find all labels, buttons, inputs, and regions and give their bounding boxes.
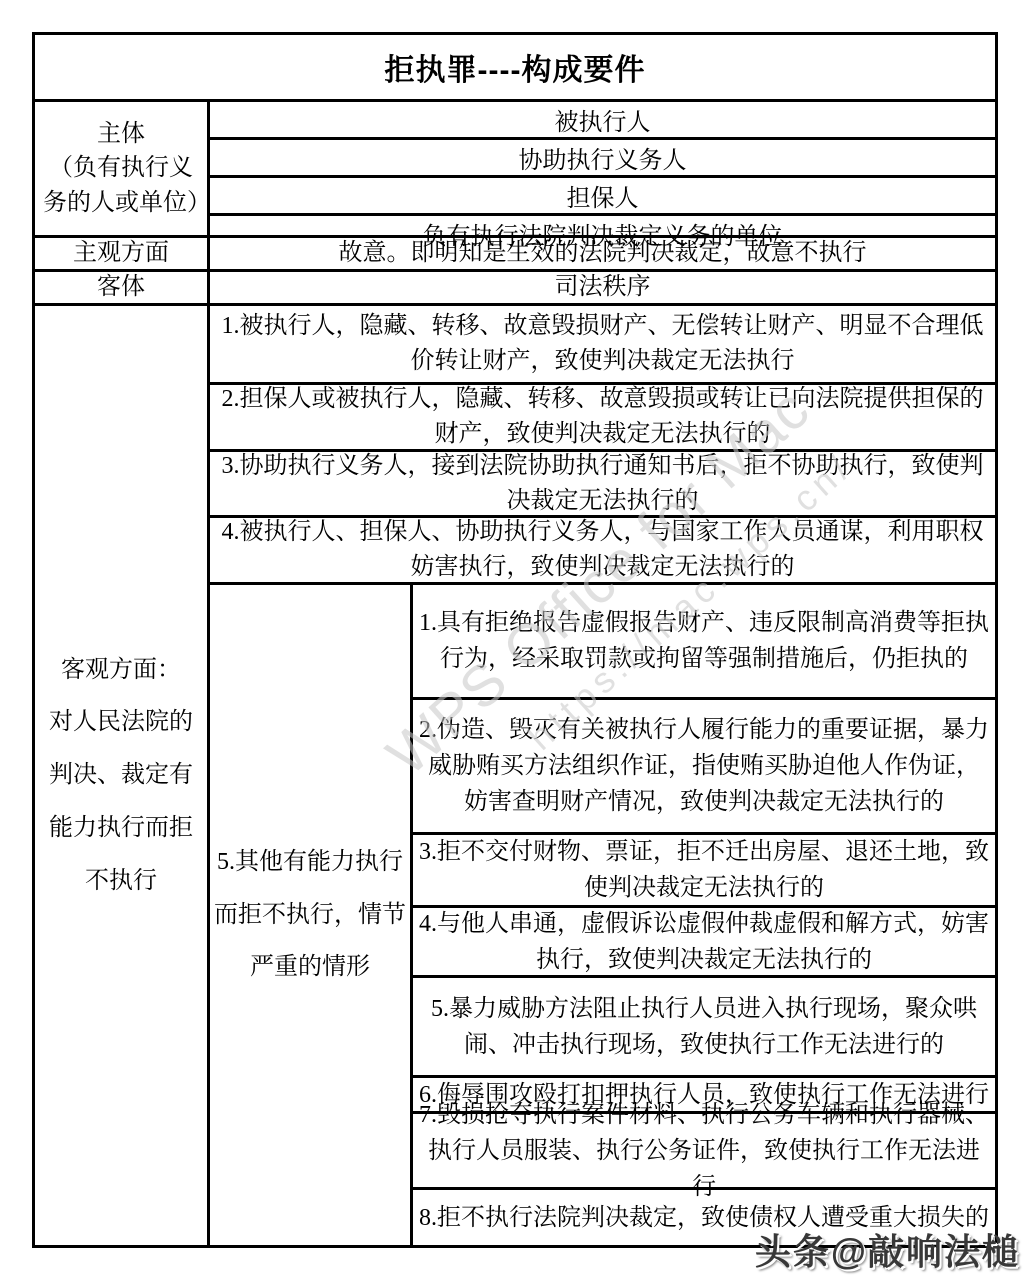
objective-body: 1.被执行人，隐藏、转移、故意毁损财产、无偿转让财产、明显不合理低价转让财产，致… xyxy=(210,306,995,1245)
severe-circumstance-list: 1.具有拒绝报告虚假报告财产、违反限制高消费等拒执行为，经采取罚款或拘留等强制措… xyxy=(413,585,995,1245)
objective-item-5-label: 5.其他有能力执行而拒不执行，情节严重的情形 xyxy=(210,585,413,1245)
severe-item-1: 1.具有拒绝报告虚假报告财产、违反限制高消费等拒执行为，经采取罚款或拘留等强制措… xyxy=(413,585,995,697)
severe-item-5: 5.暴力威胁方法阻止执行人员进入执行现场，聚众哄闹、冲击执行现场，致使执行工作无… xyxy=(413,975,995,1075)
subjective-header-cell: 主观方面 xyxy=(35,238,210,269)
title-row: 拒执罪----构成要件 xyxy=(35,35,995,99)
subject-row: 主体 （负有执行义务的人或单位） 被执行人 协助执行义务人 担保人 负有执行法院… xyxy=(35,99,995,235)
objective-row: 客观方面： 对人民法院的判决、裁定有能力执行而拒不执行 1.被执行人，隐藏、转移… xyxy=(35,303,995,1245)
severe-item-7: 7.毁损抢夺执行案件材料、执行公务车辆和执行器械、执行人员服装、执行公务证件，致… xyxy=(413,1111,995,1187)
page-title: 拒执罪----构成要件 xyxy=(385,45,646,89)
objective-item-4: 4.被执行人、担保人、协助执行义务人，与国家工作人员通谋，利用职权妨害执行，致使… xyxy=(210,515,995,582)
document-page: 拒执罪----构成要件 主体 （负有执行义务的人或单位） 被执行人 协助执行义务… xyxy=(0,0,1030,1278)
subjective-row: 主观方面 故意。即明知是生效的法院判决裁定，故意不执行 xyxy=(35,235,995,269)
objective-label-body: 对人民法院的判决、裁定有能力执行而拒不执行 xyxy=(45,696,197,907)
objective-header-cell: 客观方面： 对人民法院的判决、裁定有能力执行而拒不执行 xyxy=(35,306,210,1245)
author-watermark: 头条@敲响法槌 xyxy=(755,1224,1020,1275)
severe-item-4: 4.与他人串通，虚假诉讼虚假仲裁虚假和解方式，妨害执行，致使判决裁定无法执行的 xyxy=(413,905,995,975)
table-cell-subject-1: 被执行人 xyxy=(210,102,995,137)
subject-label: 主体 xyxy=(97,117,145,151)
objective-item-3: 3.协助执行义务人，接到法院协助执行通知书后，拒不协助执行，致使判决裁定无法执行… xyxy=(210,449,995,515)
table-cell-subject-3: 担保人 xyxy=(210,175,995,213)
constituent-elements-table: 拒执罪----构成要件 主体 （负有执行义务的人或单位） 被执行人 协助执行义务… xyxy=(32,32,998,1248)
object-header-cell: 客体 xyxy=(35,272,210,303)
table-cell-subjective: 故意。即明知是生效的法院判决裁定，故意不执行 xyxy=(210,238,995,269)
severe-item-3: 3.拒不交付财物、票证，拒不迁出房屋、退还土地，致使判决裁定无法执行的 xyxy=(413,832,995,905)
objective-item-1: 1.被执行人，隐藏、转移、故意毁损财产、无偿转让财产、明显不合理低价转让财产，致… xyxy=(210,306,995,382)
object-row: 客体 司法秩序 xyxy=(35,269,995,303)
table-cell-object: 司法秩序 xyxy=(210,272,995,303)
objective-label-title: 客观方面： xyxy=(61,644,181,697)
objective-item-5-row: 5.其他有能力执行而拒不执行，情节严重的情形 1.具有拒绝报告虚假报告财产、违反… xyxy=(210,582,995,1245)
subject-sublabel: （负有执行义务的人或单位） xyxy=(43,151,199,219)
subject-values: 被执行人 协助执行义务人 担保人 负有执行法院判决裁定义务的单位 xyxy=(210,102,995,235)
table-cell-subject-2: 协助执行义务人 xyxy=(210,137,995,175)
subject-header-cell: 主体 （负有执行义务的人或单位） xyxy=(35,102,210,235)
objective-item-2: 2.担保人或被执行人，隐藏、转移、故意毁损或转让已向法院提供担保的财产，致使判决… xyxy=(210,382,995,449)
severe-item-2: 2.伪造、毁灭有关被执行人履行能力的重要证据，暴力威胁贿买方法组织作证，指使贿买… xyxy=(413,697,995,832)
